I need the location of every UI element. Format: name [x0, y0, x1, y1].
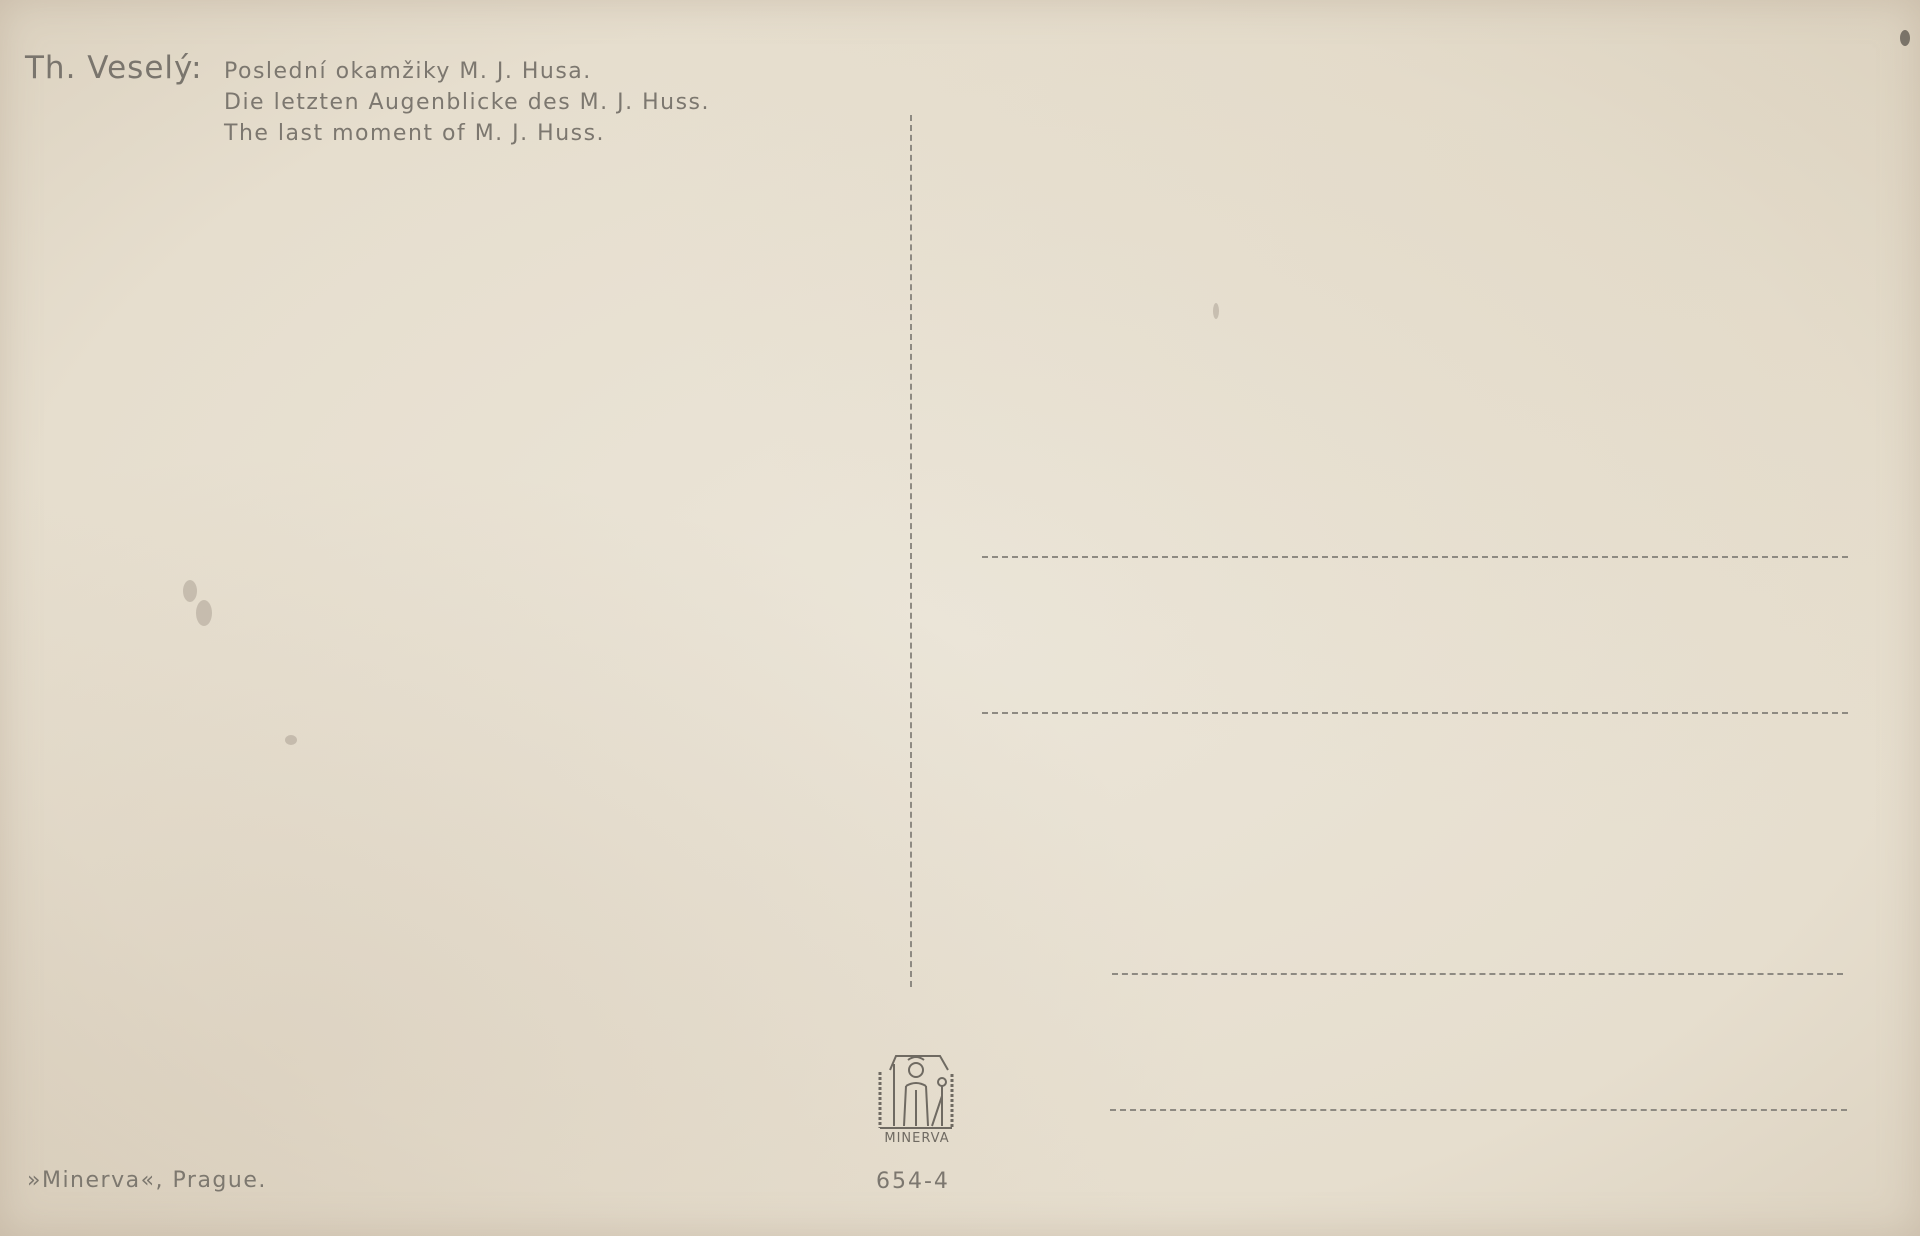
address-line-2 [982, 712, 1848, 714]
title-block: Poslední okamžiky M. J. Husa. Die letzte… [224, 56, 710, 149]
address-line-3 [1112, 973, 1843, 975]
postcard-paper [0, 0, 1920, 1236]
address-line-1 [982, 556, 1848, 558]
card-code: 654-4 [876, 1169, 950, 1194]
title-czech: Poslední okamžiky M. J. Husa. [224, 56, 710, 87]
paper-stain [1213, 303, 1219, 319]
divider-line [910, 115, 912, 987]
title-german: Die letzten Augenblicke des M. J. Huss. [224, 87, 710, 118]
title-english: The last moment of M. J. Huss. [224, 118, 710, 149]
author-name: Th. Veselý: [25, 50, 203, 86]
minerva-figure-icon [876, 1050, 958, 1142]
paper-mark [1900, 30, 1910, 46]
publisher-imprint: »Minerva«, Prague. [27, 1168, 267, 1193]
paper-stain [196, 600, 212, 626]
logo-text: MINERVA [876, 1131, 958, 1146]
paper-stain [285, 735, 297, 745]
paper-stain [183, 580, 197, 602]
address-line-4 [1110, 1109, 1847, 1111]
